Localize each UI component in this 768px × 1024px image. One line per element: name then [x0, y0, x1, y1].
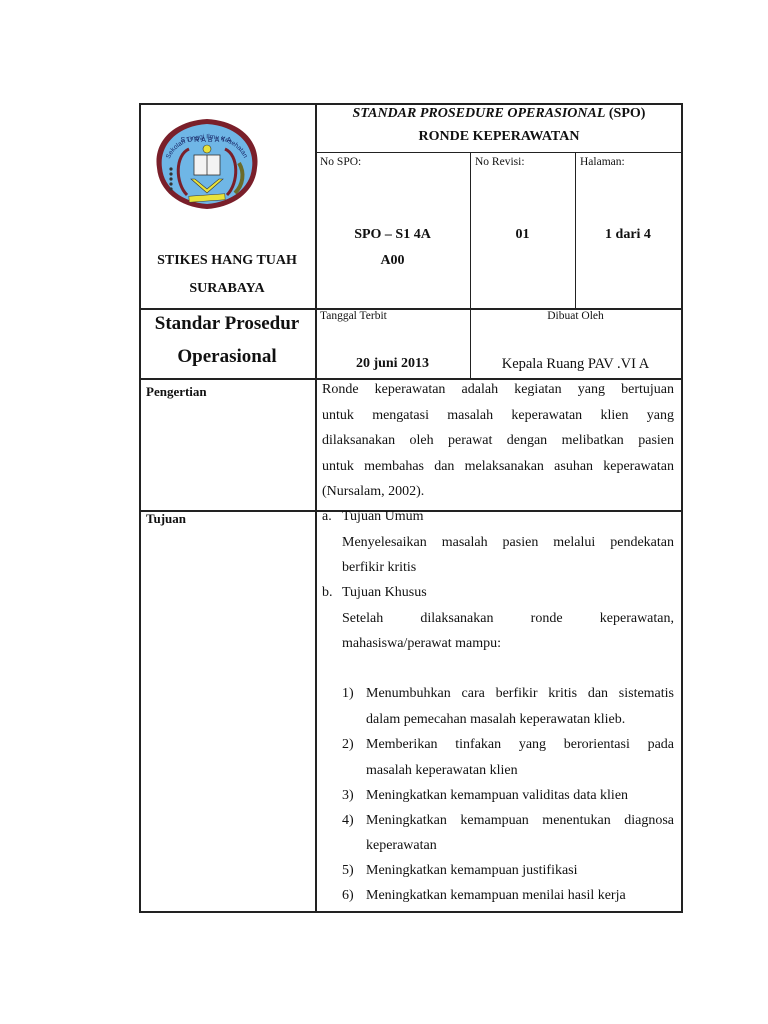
list-item-text: masalah keperawatan klien — [366, 763, 518, 779]
list-item-number: 6) — [342, 888, 354, 904]
title-italic: STANDAR PROSEDURE OPERASIONAL — [353, 106, 606, 121]
list-item-text: Memberikan tinfakan yang berorientasi pa… — [366, 737, 674, 753]
table-border-left — [139, 103, 141, 913]
list-item-text: Meningkatkan kemampuan justifikasi — [366, 863, 578, 879]
stikes-emblem-icon: Sekolah Tinggi Ilmu Kesehatan Hang Tuah … — [147, 113, 267, 213]
list-item-number: 1) — [342, 686, 354, 702]
tanggal-terbit-value: 20 juni 2013 — [315, 356, 470, 372]
pengertian-line: (Nursalam, 2002). — [322, 484, 424, 500]
tujuan-umum-marker: a. — [322, 509, 332, 525]
list-item-number: 5) — [342, 863, 354, 879]
title-suffix: (SPO) — [605, 106, 645, 121]
list-item-text: Meningkatkan kemampuan validitas data kl… — [366, 788, 628, 804]
svg-text:SURABAYA: SURABAYA — [180, 137, 233, 144]
institution-name-line1: STIKES HANG TUAH — [139, 253, 315, 269]
dibuat-oleh-value: Kepala Ruang PAV .VI A — [470, 356, 681, 373]
no-spo-value-line2: A00 — [315, 253, 470, 269]
list-item-number: 3) — [342, 788, 354, 804]
column-divider — [315, 103, 317, 913]
list-item-text: dalam pemecahan masalah keperawatan klie… — [366, 712, 625, 728]
tujuan-khusus-title: Tujuan Khusus — [342, 585, 427, 601]
no-revisi-value: 01 — [470, 227, 575, 243]
list-item-number: 4) — [342, 813, 354, 829]
pengertian-line: untuk mengatasi masalah keperawatan klie… — [322, 408, 674, 424]
pengertian-label: Pengertian — [146, 384, 207, 400]
no-spo-value-line1: SPO – S1 4A — [315, 227, 470, 243]
tujuan-umum-line: Menyelesaikan masalah pasien melalui pen… — [342, 535, 674, 551]
doc-type-line2: Operasional — [139, 346, 315, 368]
list-item-text: Meningkatkan kemampuan menentukan diagno… — [366, 813, 674, 829]
document-title: STANDAR PROSEDURE OPERASIONAL (SPO) — [315, 106, 683, 122]
halaman-value: 1 dari 4 — [575, 227, 681, 243]
tujuan-khusus-intro: mahasiswa/perawat mampu: — [342, 636, 501, 652]
title-divider — [315, 152, 683, 153]
tujuan-label: Tujuan — [146, 511, 186, 527]
tujuan-khusus-marker: b. — [322, 585, 333, 601]
list-item-text: Meningkatkan kemampuan menilai hasil ker… — [366, 888, 626, 904]
table-border-right — [681, 103, 683, 913]
tujuan-umum-title: Tujuan Umum — [342, 509, 424, 525]
spo-document: Sekolah Tinggi Ilmu Kesehatan Hang Tuah … — [139, 103, 683, 913]
pengertian-line: untuk membahas dan melaksanakan asuhan k… — [322, 459, 674, 475]
list-item-text: keperawatan — [366, 838, 437, 854]
dibuat-oleh-label: Dibuat Oleh — [470, 310, 681, 322]
halaman-label: Halaman: — [580, 156, 625, 168]
no-revisi-label: No Revisi: — [475, 156, 525, 168]
tanggal-terbit-label: Tanggal Terbit — [320, 310, 387, 322]
row-divider-2 — [139, 378, 683, 380]
doc-type-line1: Standar Prosedur — [139, 313, 315, 335]
list-item-text: Menumbuhkan cara berfikir kritis dan sis… — [366, 686, 674, 702]
pengertian-line: dilaksanakan oleh perawat dengan melibat… — [322, 433, 674, 449]
tujuan-khusus-intro: Setelah dilaksanakan ronde keperawatan, — [342, 611, 674, 627]
table-border-top — [139, 103, 683, 105]
pengertian-line: Ronde keperawatan adalah kegiatan yang b… — [322, 382, 674, 398]
list-item-number: 2) — [342, 737, 354, 753]
no-spo-label: No SPO: — [320, 156, 361, 168]
table-border-bottom — [139, 911, 683, 913]
document-subtitle: RONDE KEPERAWATAN — [315, 129, 683, 145]
institution-name-line2: SURABAYA — [139, 281, 315, 297]
tujuan-umum-line: berfikir kritis — [342, 560, 416, 576]
